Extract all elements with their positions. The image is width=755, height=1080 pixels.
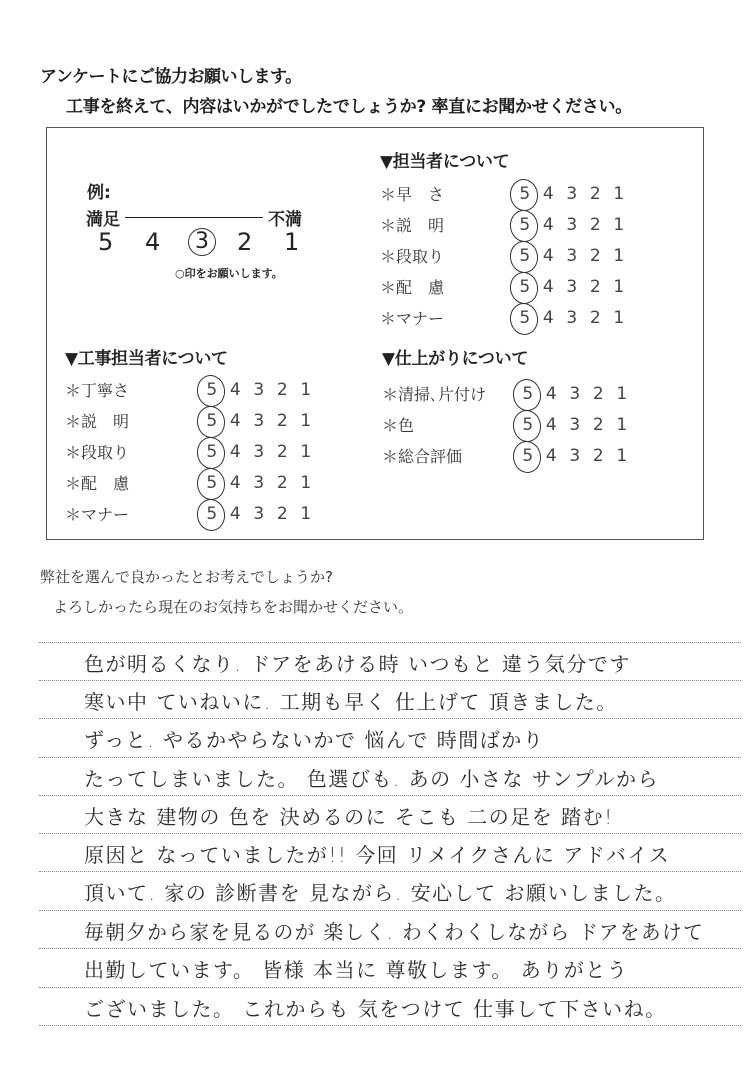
rating-option[interactable]: 2 [584,277,608,297]
rating-option-selected[interactable]: 5 [200,380,224,400]
rating-option[interactable]: 3 [247,380,271,400]
section-staff-rows: ＊早 さ 54321 ＊説 明 54321 ＊段取り 54321 ＊配 慮 54… [380,178,631,333]
handwritten-line: 色が明るくなり. ドアをあける時 いつもと 違う気分です [84,648,631,677]
section-title-staff: ▼担当者について [380,147,509,172]
ruled-line [39,757,741,758]
rating-options[interactable]: 54321 [513,246,631,266]
rating-option[interactable]: 2 [587,415,611,435]
rating-option-selected[interactable]: 5 [200,504,224,524]
rating-option[interactable]: 3 [563,446,587,466]
rating-option[interactable]: 4 [537,246,561,266]
rating-option[interactable]: 1 [294,504,318,524]
rating-options[interactable]: 54321 [200,473,318,493]
rating-row: ＊段取り 54321 [380,240,631,271]
rating-label: ＊段取り [380,244,513,267]
rating-option[interactable]: 3 [247,473,271,493]
rating-option[interactable]: 1 [607,184,631,204]
rating-option-selected[interactable]: 5 [200,411,224,431]
rating-options[interactable]: 54321 [516,384,634,404]
rating-option[interactable]: 4 [537,277,561,297]
unsatisfied-label: 不満 [268,205,302,230]
survey-intro-heading: アンケートにご協力お願いします。 [40,62,302,87]
rating-options[interactable]: 54321 [200,442,318,462]
rating-option[interactable]: 3 [563,415,587,435]
ruled-line [39,871,741,872]
example-num: 4 [145,228,192,256]
rating-options[interactable]: 54321 [516,415,634,435]
rating-label: ＊丁寧さ [65,378,200,401]
handwritten-line: 頂いて. 家の 診断書を 見ながら. 安心して お願いしました。 [84,877,677,906]
handwritten-line: 原因と なっていましたが!! 今回 リメイクさんに アドバイス [84,839,670,868]
rating-option[interactable]: 3 [247,442,271,462]
rating-option[interactable]: 3 [560,308,584,328]
rating-row: ＊マナー 54321 [65,498,318,529]
rating-row: ＊総合評価 54321 [382,440,634,471]
rating-option[interactable]: 4 [224,473,248,493]
ruled-line [39,795,741,796]
rating-option[interactable]: 1 [294,411,318,431]
rating-option[interactable]: 2 [587,384,611,404]
ruled-line [39,1025,741,1026]
rating-option[interactable]: 1 [607,215,631,235]
rating-option[interactable]: 4 [540,415,564,435]
rating-option[interactable]: 2 [271,380,295,400]
ruled-line [39,987,741,988]
rating-row: ＊丁寧さ 54321 [65,374,318,405]
handwritten-line: 毎朝夕から家を見るのが 楽しく. わくわくしながら ドアをあけて [84,916,704,945]
example-num-circled: 3 [188,228,216,256]
rating-label: ＊説 明 [380,213,513,236]
rating-row: ＊マナー 54321 [380,302,631,333]
example-label: 例: [87,178,111,203]
example-num: 2 [237,228,284,256]
ruled-line [39,642,741,643]
rating-label: ＊早 さ [380,182,513,205]
rating-label: ＊色 [382,413,516,436]
rating-option[interactable]: 4 [540,384,564,404]
rating-option[interactable]: 2 [587,446,611,466]
ruled-line [39,910,741,911]
comment-question-sub: よろしかったら現在のお気持ちをお聞かせください。 [53,596,413,617]
rating-row: ＊段取り 54321 [65,436,318,467]
rating-option[interactable]: 1 [607,246,631,266]
example-num: 1 [284,228,331,256]
rating-option[interactable]: 3 [560,277,584,297]
rating-row: ＊配 慮 54321 [380,271,631,302]
rating-option-selected[interactable]: 5 [200,442,224,462]
ruled-line [39,948,741,949]
rating-option[interactable]: 3 [560,215,584,235]
rating-option[interactable]: 4 [224,380,248,400]
rating-option[interactable]: 3 [560,184,584,204]
rating-options[interactable]: 54321 [513,277,631,297]
rating-option[interactable]: 2 [271,504,295,524]
rating-option[interactable]: 2 [584,215,608,235]
rating-row: ＊配 慮 54321 [65,467,318,498]
rating-option-selected[interactable]: 5 [513,215,537,235]
comment-question: 弊社を選んで良かったとお考えでしょうか? [40,566,333,587]
rating-row: ＊色 54321 [382,409,634,440]
ruled-line [39,833,741,834]
rating-option-selected[interactable]: 5 [516,384,540,404]
rating-options[interactable]: 54321 [513,215,631,235]
rating-option[interactable]: 3 [563,384,587,404]
rating-option-selected[interactable]: 5 [516,446,540,466]
handwritten-line: たってしまいました。 色選びも. あの 小さな サンプルから [84,763,659,792]
rating-row: ＊説 明 54321 [380,209,631,240]
rating-option[interactable]: 2 [584,184,608,204]
rating-option[interactable]: 2 [271,442,295,462]
satisfied-label: 満足 [86,205,120,230]
rating-option[interactable]: 1 [610,384,634,404]
rating-options[interactable]: 54321 [516,446,634,466]
rating-options[interactable]: 54321 [513,308,631,328]
rating-row: ＊清掃､片付け 54321 [382,378,634,409]
rating-option-selected[interactable]: 5 [513,246,537,266]
rating-option[interactable]: 1 [294,442,318,462]
ruled-line [39,680,741,681]
handwritten-line: 大きな 建物の 色を 決めるのに そこも 二の足を 踏む! [84,801,614,830]
rating-option[interactable]: 1 [294,380,318,400]
rating-option[interactable]: 4 [537,184,561,204]
rating-option-selected[interactable]: 5 [516,415,540,435]
rating-label: ＊配 慮 [65,471,200,494]
section-title-finish: ▼仕上がりについて [382,344,528,369]
rating-option[interactable]: 3 [560,246,584,266]
rating-option[interactable]: 1 [610,415,634,435]
rating-option-selected[interactable]: 5 [513,308,537,328]
rating-label: ＊清掃､片付け [382,382,516,405]
example-scale-legend: 満足 不満 [86,205,302,230]
section-construction-staff-rows: ＊丁寧さ 54321 ＊説 明 54321 ＊段取り 54321 ＊配 慮 54… [65,374,318,529]
handwritten-line: ございました。 これからも 気をつけて 仕事して下さいね。 [84,993,667,1022]
rating-option[interactable]: 3 [247,411,271,431]
rating-option[interactable]: 4 [540,446,564,466]
rating-option[interactable]: 1 [610,446,634,466]
rating-option[interactable]: 3 [247,504,271,524]
rating-label: ＊総合評価 [382,444,516,467]
scale-line [125,217,263,219]
rating-option[interactable]: 4 [224,504,248,524]
rating-option[interactable]: 1 [294,473,318,493]
section-title-construction-staff: ▼工事担当者について [65,344,228,369]
rating-row: ＊説 明 54321 [65,405,318,436]
rating-options[interactable]: 54321 [200,380,318,400]
rating-options[interactable]: 54321 [200,504,318,524]
rating-options[interactable]: 54321 [200,411,318,431]
rating-option[interactable]: 4 [224,411,248,431]
section-finish-rows: ＊清掃､片付け 54321 ＊色 54321 ＊総合評価 54321 [382,378,634,471]
rating-row: ＊早 さ 54321 [380,178,631,209]
rating-option-selected[interactable]: 5 [200,473,224,493]
rating-label: ＊段取り [65,440,200,463]
handwritten-line: 出勤しています。 皆様 本当に 尊敬します。 ありがとう [84,954,628,983]
survey-intro-subheading: 工事を終えて、内容はいかがでしたでしょうか? 率直にお聞かせください。 [66,92,632,117]
rating-option[interactable]: 2 [271,473,295,493]
example-scale-numbers: 5 4 3 2 1 [98,228,331,256]
handwritten-line: ずっと. やるかやらないかで 悩んで 時間ばかり [84,724,544,753]
rating-option[interactable]: 4 [537,215,561,235]
rating-option-selected[interactable]: 5 [513,277,537,297]
rating-option[interactable]: 1 [607,277,631,297]
rating-label: ＊マナー [65,502,200,525]
rating-option[interactable]: 2 [271,411,295,431]
rating-label: ＊配 慮 [380,275,513,298]
rating-option[interactable]: 4 [537,308,561,328]
rating-option[interactable]: 4 [224,442,248,462]
ruled-line [39,718,741,719]
rating-option[interactable]: 2 [584,308,608,328]
rating-label: ＊説 明 [65,409,200,432]
rating-option[interactable]: 1 [607,308,631,328]
rating-label: ＊マナー [380,306,513,329]
handwritten-line: 寒い中 ていねいに. 工期も早く 仕上げて 頂きました。 [84,686,618,715]
rating-option[interactable]: 2 [584,246,608,266]
rating-option-selected[interactable]: 5 [513,184,537,204]
example-num: 5 [98,228,145,256]
example-instruction: ○印をお願いします。 [175,265,283,281]
rating-options[interactable]: 54321 [513,184,631,204]
